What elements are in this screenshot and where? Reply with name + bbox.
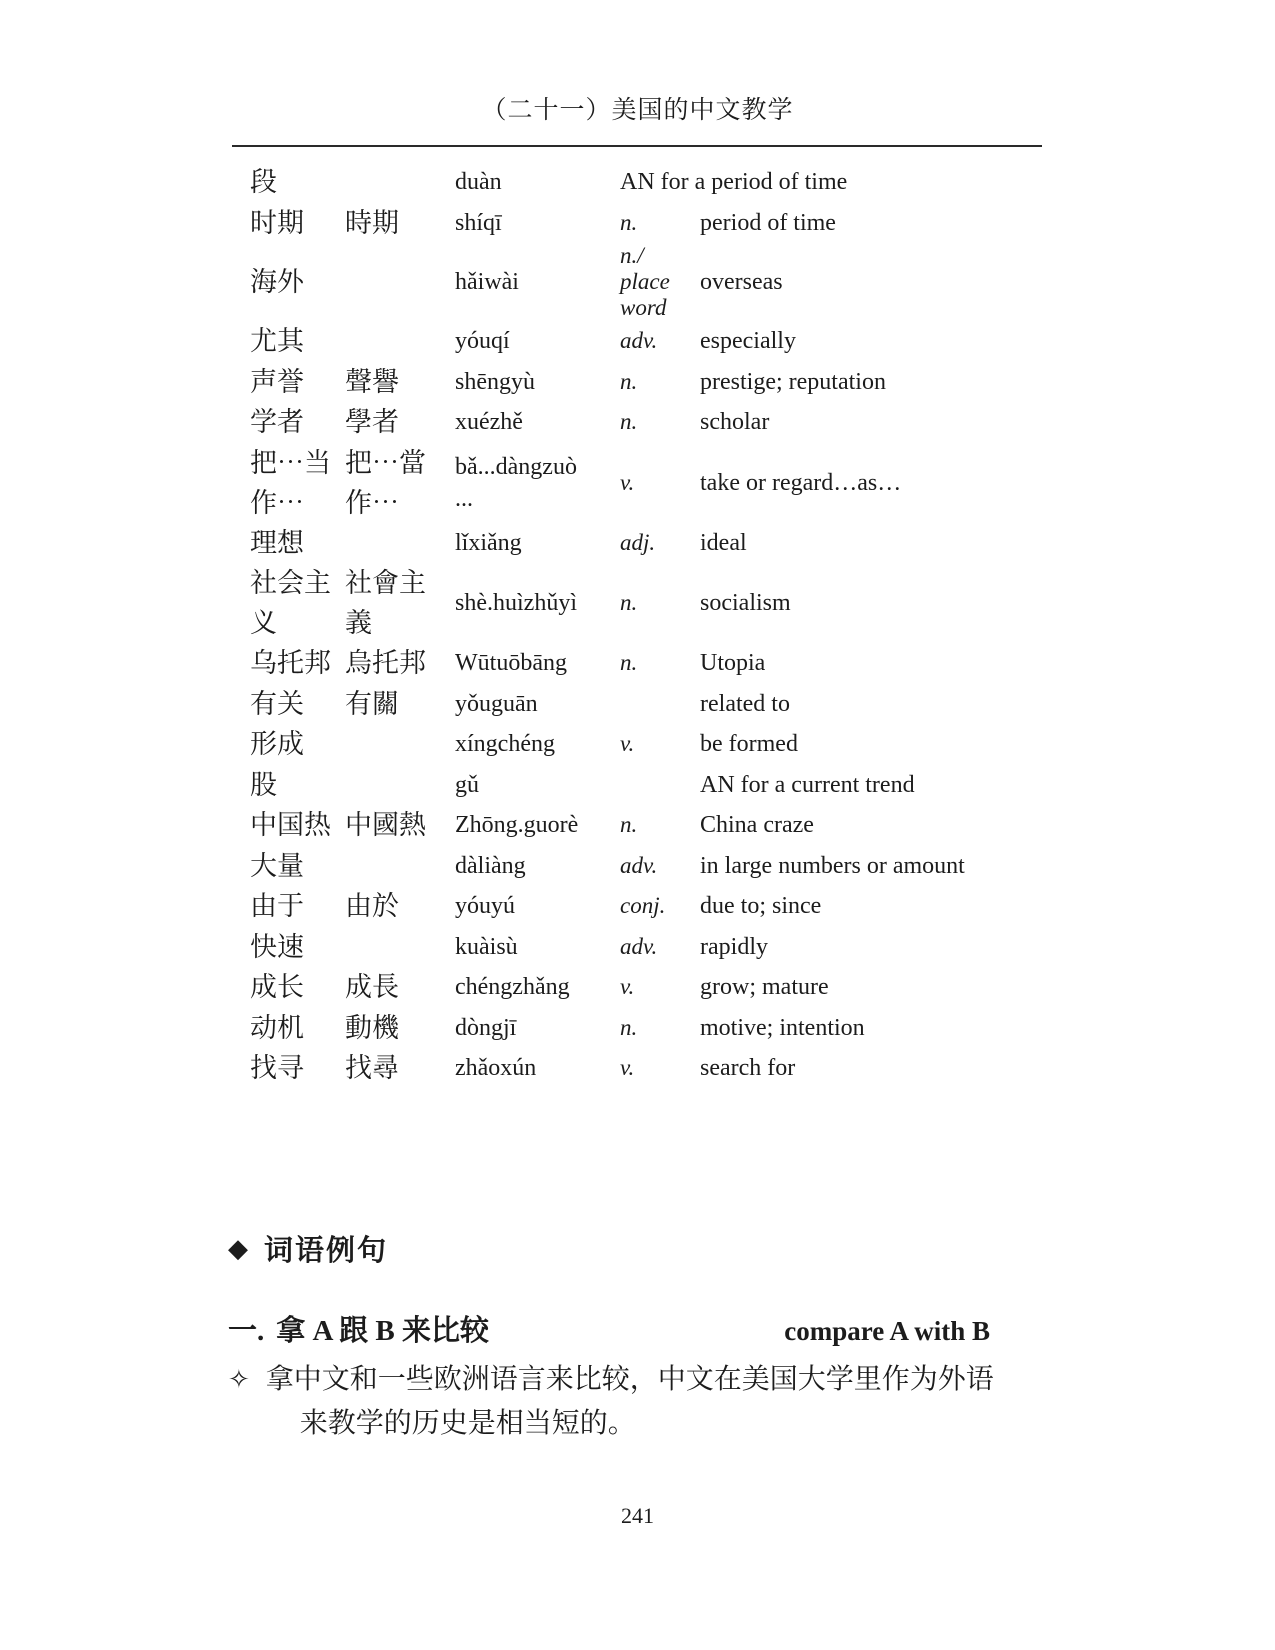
cell-pinyin: shè.huìzhǔyì: [455, 587, 620, 619]
cell-meaning: motive; intention: [700, 1013, 1055, 1043]
cell-simplified: 尤其: [250, 321, 345, 361]
pattern-number: 一.: [228, 1315, 264, 1347]
cell-pos: v.: [620, 1055, 700, 1081]
cell-simplified: 快速: [250, 927, 345, 967]
section-title: 词语例句: [264, 1228, 388, 1269]
cell-meaning: in large numbers or amount: [700, 851, 1055, 881]
cell-pinyin: xíngchéng: [455, 728, 620, 760]
cell-pinyin: shēngyù: [455, 366, 620, 398]
cell-traditional: 動機: [345, 1008, 455, 1048]
cell-meaning: prestige; reputation: [700, 367, 1055, 397]
vocab-row: 成长成長chéngzhǎngv.grow; mature: [250, 967, 1055, 1008]
cell-pos: adv.: [620, 328, 700, 354]
cell-simplified: 段: [250, 162, 345, 202]
cell-pinyin: yǒuguān: [455, 688, 620, 720]
cell-meaning: Utopia: [700, 648, 1055, 678]
cell-simplified: 成长: [250, 967, 345, 1007]
vocab-row: 社会主 义社會主 義shè.huìzhǔyìn.socialism: [250, 563, 1055, 643]
cell-traditional: 把⋯當 作⋯: [345, 443, 455, 523]
cell-traditional: 找尋: [345, 1048, 455, 1088]
pattern-english: compare A with B: [784, 1316, 990, 1347]
example-line-1: 拿中文和一些欧洲语言来比较，中文在美国大学里作为外语: [266, 1358, 994, 1402]
cell-pinyin: chéngzhǎng: [455, 971, 620, 1003]
cell-pos: n.: [620, 590, 700, 616]
vocab-row: 动机動機dòngjīn.motive; intention: [250, 1008, 1055, 1049]
cell-pinyin: duàn: [455, 166, 620, 198]
cell-pos: n.: [620, 210, 700, 236]
cell-meaning: scholar: [700, 407, 1055, 437]
cell-pinyin: Wūtuōbāng: [455, 647, 620, 679]
pattern-row: 一.拿 A 跟 B 来比较 compare A with B: [228, 1308, 990, 1349]
cell-meaning: especially: [700, 326, 1055, 356]
vocab-row: 海外hǎiwàin./ place wordoverseas: [250, 243, 1055, 321]
cell-simplified: 理想: [250, 523, 345, 563]
vocab-row: 声誉聲譽shēngyùn.prestige; reputation: [250, 362, 1055, 403]
cell-pos: conj.: [620, 893, 700, 919]
cell-traditional: 有關: [345, 684, 455, 724]
cell-pos: n.: [620, 812, 700, 838]
cell-pos: n.: [620, 1015, 700, 1041]
cell-pinyin: yóuyú: [455, 890, 620, 922]
cell-pinyin: kuàisù: [455, 931, 620, 963]
cell-pinyin: gǔ: [455, 769, 620, 801]
cell-simplified: 找寻: [250, 1048, 345, 1088]
cell-pos: n./ place word: [620, 243, 700, 321]
cell-pos: v.: [620, 974, 700, 1000]
cell-pinyin: xuézhě: [455, 406, 620, 438]
cell-simplified: 时期: [250, 203, 345, 243]
cell-simplified: 海外: [250, 262, 345, 302]
cell-pos: n.: [620, 409, 700, 435]
cell-meaning: rapidly: [700, 932, 1055, 962]
vocab-row: 找寻找尋zhǎoxúnv.search for: [250, 1048, 1055, 1089]
vocab-row: 有关有關yǒuguānrelated to: [250, 684, 1055, 725]
cell-pos: adj.: [620, 530, 700, 556]
vocab-row: 由于由於yóuyúconj.due to; since: [250, 886, 1055, 927]
cell-meaning: be formed: [700, 729, 1055, 759]
cell-pinyin: lǐxiǎng: [455, 527, 620, 559]
cell-pos: n.: [620, 650, 700, 676]
cell-simplified: 大量: [250, 846, 345, 886]
cell-simplified: 股: [250, 765, 345, 805]
filled-diamond-icon: ◆: [228, 1236, 248, 1262]
vocab-row: 尤其yóuqíadv.especially: [250, 321, 1055, 362]
vocab-row: 快速kuàisùadv.rapidly: [250, 927, 1055, 968]
cell-pos: adv.: [620, 934, 700, 960]
example-row: ✧ 拿中文和一些欧洲语言来比较，中文在美国大学里作为外语 来教学的历史是相当短的…: [228, 1358, 1028, 1446]
vocab-row: 乌托邦烏托邦Wūtuōbāngn.Utopia: [250, 643, 1055, 684]
cell-pinyin: Zhōng.guorè: [455, 809, 620, 841]
cell-pinyin: yóuqí: [455, 325, 620, 357]
cell-simplified: 学者: [250, 402, 345, 442]
cell-meaning: grow; mature: [700, 972, 1055, 1002]
cell-meaning: China craze: [700, 810, 1055, 840]
vocab-row: 段duànAN for a period of time: [250, 162, 1055, 203]
cell-simplified: 把⋯当 作⋯: [250, 443, 345, 523]
header-rule: [232, 145, 1042, 147]
cell-meaning: search for: [700, 1053, 1055, 1083]
cell-pinyin: hǎiwài: [455, 266, 620, 298]
cell-simplified: 中国热: [250, 805, 345, 845]
open-diamond-icon: ✧: [228, 1358, 250, 1446]
cell-pinyin: bǎ...dàngzuò ...: [455, 451, 620, 515]
cell-meaning: socialism: [700, 588, 1055, 618]
pattern-chinese: 一.拿 A 跟 B 来比较: [228, 1308, 489, 1349]
cell-simplified: 社会主 义: [250, 563, 345, 643]
vocab-row: 大量dàliàngadv.in large numbers or amount: [250, 846, 1055, 887]
cell-pos: adv.: [620, 853, 700, 879]
cell-meaning: due to; since: [700, 891, 1055, 921]
cell-simplified: 乌托邦: [250, 643, 345, 683]
vocab-row: 时期時期shíqīn.period of time: [250, 203, 1055, 244]
document-page: （二十一）美国的中文教学 段duànAN for a period of tim…: [0, 0, 1275, 1650]
cell-meaning: related to: [700, 689, 1055, 719]
cell-meaning: ideal: [700, 528, 1055, 558]
pattern-chinese-text: 拿 A 跟 B 来比较: [276, 1315, 489, 1347]
cell-traditional: 中國熱: [345, 805, 455, 845]
vocab-row: 学者學者xuézhěn.scholar: [250, 402, 1055, 443]
cell-simplified: 动机: [250, 1008, 345, 1048]
vocab-row: 中国热中國熱Zhōng.guorèn.China craze: [250, 805, 1055, 846]
cell-meaning: take or regard…as…: [700, 468, 1055, 498]
cell-meaning: overseas: [700, 267, 1055, 297]
cell-pos: n.: [620, 369, 700, 395]
cell-traditional: 成長: [345, 967, 455, 1007]
cell-pinyin: zhǎoxún: [455, 1052, 620, 1084]
cell-traditional: 聲譽: [345, 362, 455, 402]
cell-simplified: 声誉: [250, 362, 345, 402]
cell-simplified: 有关: [250, 684, 345, 724]
cell-pos: v.: [620, 470, 700, 496]
vocab-row: 股gǔAN for a current trend: [250, 765, 1055, 806]
cell-simplified: 由于: [250, 886, 345, 926]
vocab-row: 理想lǐxiǎngadj.ideal: [250, 523, 1055, 564]
example-sentence: 拿中文和一些欧洲语言来比较，中文在美国大学里作为外语 来教学的历史是相当短的。: [266, 1358, 994, 1446]
cell-pinyin: dàliàng: [455, 850, 620, 882]
vocab-row: 形成xíngchéngv.be formed: [250, 724, 1055, 765]
cell-pinyin: shíqī: [455, 207, 620, 239]
cell-simplified: 形成: [250, 724, 345, 764]
cell-meaning: period of time: [700, 208, 1055, 238]
vocab-row: 把⋯当 作⋯把⋯當 作⋯bǎ...dàngzuò ...v.take or re…: [250, 443, 1055, 523]
page-title: （二十一）美国的中文教学: [0, 90, 1275, 126]
cell-meaning: AN for a current trend: [700, 770, 1055, 800]
cell-traditional: 社會主 義: [345, 563, 455, 643]
page-number: 241: [0, 1503, 1275, 1529]
example-line-2: 来教学的历史是相当短的。: [266, 1402, 994, 1446]
cell-pos: v.: [620, 731, 700, 757]
cell-meaning: AN for a period of time: [620, 167, 1055, 197]
vocab-table: 段duànAN for a period of time时期時期shíqīn.p…: [250, 162, 1055, 1089]
cell-traditional: 烏托邦: [345, 643, 455, 683]
cell-traditional: 學者: [345, 402, 455, 442]
section-heading: ◆ 词语例句: [228, 1228, 1028, 1269]
cell-pinyin: dòngjī: [455, 1012, 620, 1044]
cell-traditional: 由於: [345, 886, 455, 926]
cell-traditional: 時期: [345, 203, 455, 243]
